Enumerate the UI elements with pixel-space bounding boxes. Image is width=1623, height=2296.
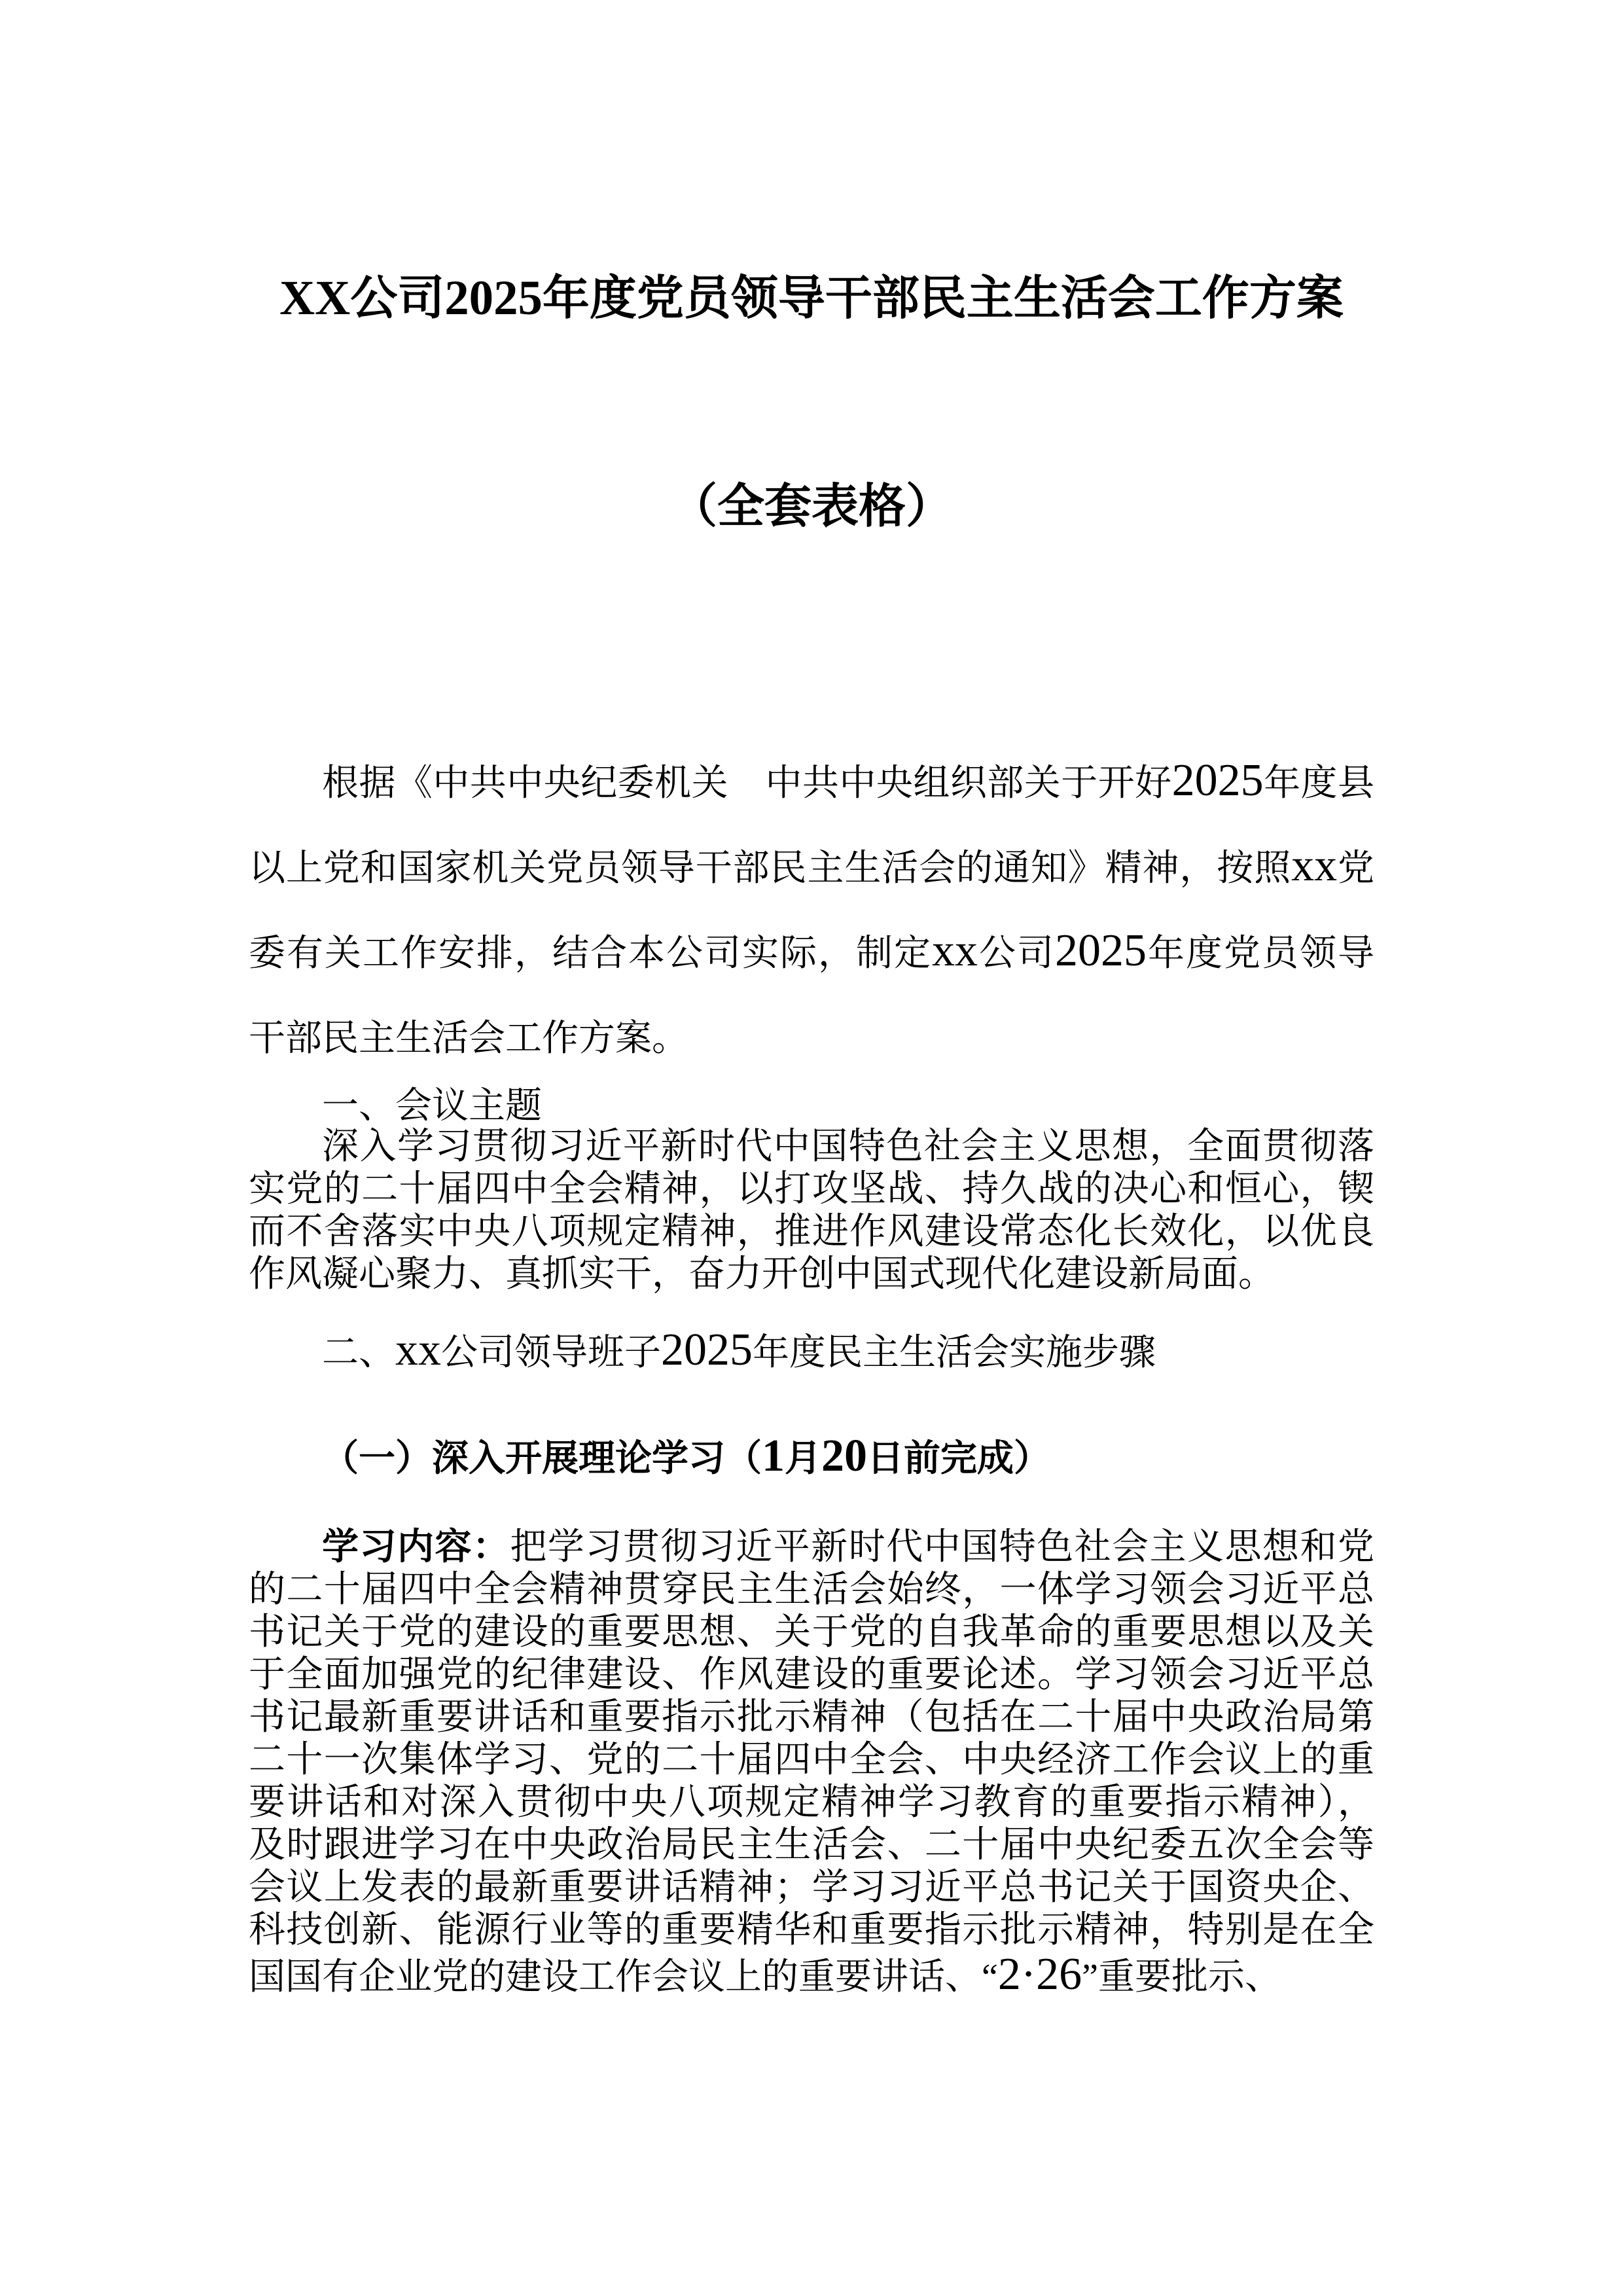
placeholder-xx: xx [395, 1325, 441, 1375]
section-heading-2: 二、xx公司领导班子2025年度民主生活会实施步骤 [249, 1327, 1374, 1378]
title-latin-xx: XX [279, 271, 350, 325]
text-line: 的二十届四中全会精神贯穿民主生活会始终，一体学习领会习近平总 [249, 1569, 1374, 1611]
numeric-226: 2·26 [998, 1949, 1082, 2000]
text-line: 国国有企业党的建设工作会议上的重要讲话、“2·26”重要批示、 [249, 1952, 1374, 1999]
text-line: 干部民主生活会工作方案。 [249, 996, 1374, 1081]
study-content-paragraph: 学习内容：把学习贯彻习近平新时代中国特色社会主义思想和党 的二十届四中全会精神贯… [249, 1526, 1374, 1999]
text-line: 会议上发表的最新重要讲话精神；学习习近平总书记关于国资央企、 [249, 1867, 1374, 1909]
year-number: 2025 [1055, 925, 1147, 976]
text-line: 书记最新重要讲话和重要指示批示精神（包括在二十届中央政治局第 [249, 1696, 1374, 1739]
text-segment: 公司 [978, 933, 1055, 974]
text-segment: 委有关工作安排，结合本公司实际，制定 [249, 933, 932, 974]
text-segment: 把学习贯彻习近平新时代中国特色社会主义思想和党 [510, 1527, 1374, 1568]
year-number: 2025 [1172, 755, 1264, 806]
title-text: 公司 [350, 272, 444, 325]
title-text: 年度党员领导干部民主生活会工作方案 [543, 272, 1344, 325]
title-year: 2025 [444, 271, 543, 325]
theme-paragraph: 深入学习贯彻习近平新时代中国特色社会主义思想，全面贯彻落 实党的二十届四中全会精… [249, 1126, 1374, 1296]
text-segment: 月 [785, 1439, 821, 1479]
text-segment: 公司领导班子 [441, 1333, 661, 1373]
text-line: 二十一次集体学习、党的二十届四中全会、中央经济工作会议上的重 [249, 1739, 1374, 1782]
text-line: 实党的二十届四中全会精神，以打攻坚战、持久战的决心和恒心，锲 [249, 1168, 1374, 1211]
date-number: 20 [821, 1431, 867, 1481]
text-segment: 以上党和国家机关党员领导干部民主生活会的通知》精神，按照 [249, 848, 1291, 889]
date-number: 1 [762, 1431, 785, 1481]
text-segment: 日前完成） [867, 1439, 1050, 1479]
text-line: 要讲话和对深入贯彻中央八项规定精神学习教育的重要指示精神）， [249, 1782, 1374, 1824]
text-segment: 根据《中共中央纪委机关 中共中央组织部关于开好 [322, 763, 1172, 804]
placeholder-xx: xx [1291, 840, 1337, 891]
text-line: 作风凝心聚力、真抓实干，奋力开创中国式现代化建设新局面。 [249, 1253, 1374, 1296]
text-line: 以上党和国家机关党员领导干部民主生活会的通知》精神，按照xx党 [249, 826, 1374, 911]
subsection-heading-theory-study: （一）深入开展理论学习（1月20日前完成） [249, 1433, 1374, 1484]
study-content-label: 学习内容： [322, 1527, 510, 1568]
text-line: 而不舍落实中央八项规定精神，推进作风建设常态化长效化，以优良 [249, 1211, 1374, 1253]
text-segment: 二、 [322, 1333, 395, 1373]
document-page: XX公司2025年度党员领导干部民主生活会工作方案 （全套表格） 根据《中共中央… [0, 0, 1623, 2296]
text-line: 根据《中共中央纪委机关 中共中央组织部关于开好2025年度县 [249, 741, 1374, 826]
document-subtitle: （全套表格） [249, 470, 1374, 543]
text-segment: 年度党员领导 [1147, 933, 1374, 974]
text-line: 委有关工作安排，结合本公司实际，制定xx公司2025年度党员领导 [249, 911, 1374, 996]
text-segment: 年度县 [1264, 763, 1374, 804]
text-segment: 国国有企业党的建设工作会议上的重要讲话、“ [249, 1957, 998, 1998]
text-segment: ”重要批示、 [1082, 1957, 1281, 1998]
text-line: 及时跟进学习在中央政治局民主生活会、二十届中央纪委五次全会等 [249, 1824, 1374, 1867]
placeholder-xx: xx [932, 925, 978, 976]
year-number: 2025 [661, 1325, 753, 1375]
text-line: 深入学习贯彻习近平新时代中国特色社会主义思想，全面贯彻落 [249, 1126, 1374, 1168]
text-line: 学习内容：把学习贯彻习近平新时代中国特色社会主义思想和党 [249, 1526, 1374, 1569]
text-line: 科技创新、能源行业等的重要精华和重要指示批示精神，特别是在全 [249, 1909, 1374, 1952]
section-heading-1: 一、会议主题 [249, 1086, 1374, 1126]
text-segment: （一）深入开展理论学习（ [322, 1439, 762, 1479]
intro-paragraph: 根据《中共中央纪委机关 中共中央组织部关于开好2025年度县 以上党和国家机关党… [249, 741, 1374, 1081]
text-segment: 党 [1337, 848, 1374, 889]
text-segment: 年度民主生活会实施步骤 [753, 1333, 1156, 1373]
text-line: 书记关于党的建设的重要思想、关于党的自我革命的重要思想以及关 [249, 1611, 1374, 1654]
document-title: XX公司2025年度党员领导干部民主生活会工作方案 [249, 262, 1374, 335]
text-line: 于全面加强党的纪律建设、作风建设的重要论述。学习领会习近平总 [249, 1654, 1374, 1696]
